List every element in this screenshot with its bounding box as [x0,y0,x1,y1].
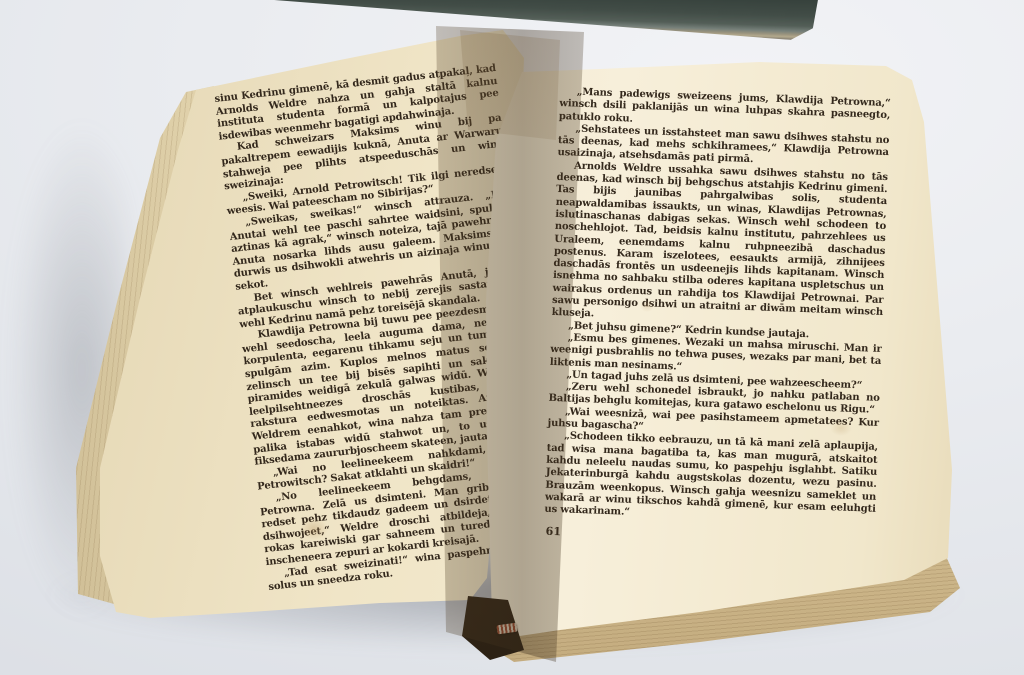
photo-of-open-book: sinu Kedrinu gimenē, kā desmit gadus atp… [0,0,1024,675]
right-page-paragraphs: „Mans padewigs sweizeens jums, Klawdija … [544,86,891,528]
right-page-number: 61 [543,526,874,550]
text-paragraph: „Schodeen tikko eebrauzu, un tā kā mani … [544,430,878,528]
text-paragraph: Arnolds Weldre ussahka sawu dsihwes stah… [551,160,888,332]
right-page-text: „Mans padewigs sweizeens jums, Klawdija … [543,86,890,551]
